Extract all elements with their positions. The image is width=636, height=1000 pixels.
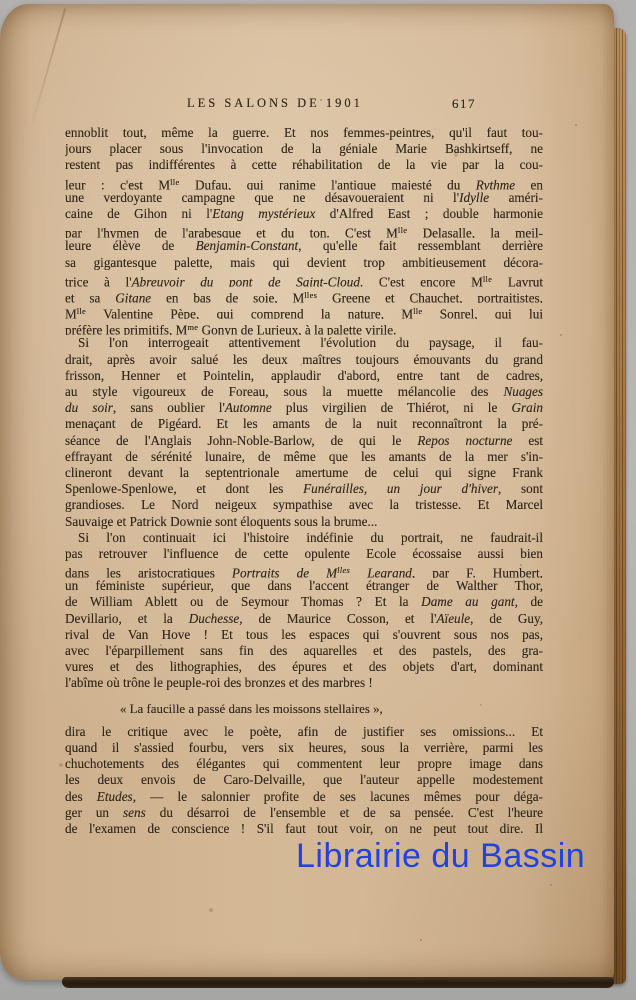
text-segment: Valentine Pèpe, qui comprend la nature, … — [86, 307, 413, 320]
text-line: ger un sens du désarroi de l'ensemble et… — [65, 805, 543, 821]
running-header: LES SALONS DE 1901 617 — [65, 96, 543, 112]
text-segment: clineront devant la septentrionale amert… — [65, 465, 543, 480]
text-line: préfère les primitifs, Mme Gonyn de Luri… — [65, 319, 543, 335]
bottom-page-stack-edge — [62, 977, 614, 988]
text-segment: améri- — [489, 190, 543, 205]
text-segment: Dame au gant, — [421, 594, 518, 609]
text-segment: Si l'on continuait ici l'histoire indéfi… — [78, 530, 543, 545]
page-crease — [28, 8, 66, 135]
text-segment: et sa — [65, 290, 115, 303]
text-segment: vures et des lithographies, des épures e… — [65, 659, 543, 674]
text-line: leur : c'est Mlle Dufau, qui ranime l'an… — [65, 174, 543, 190]
text-segment: une verdoyante campagne que ne désavouer… — [65, 190, 459, 205]
text-segment: Sonrel, qui lui — [422, 307, 543, 320]
text-line: dans les aristocratiques Portraits de Ml… — [65, 562, 543, 578]
text-segment: du désarroi de l'ensemble et de sa pensé… — [146, 805, 543, 820]
text-segment: , sans oublier l' — [113, 400, 225, 415]
text-line: Spenlowe-Spenlowe, et dont les Funéraill… — [65, 481, 543, 497]
text-segment: des — [65, 789, 97, 804]
page-text-block: LES SALONS DE 1901 617 ennoblit tout, mê… — [65, 96, 543, 837]
text-line: sa gigantesque palette, mais qui devient… — [65, 255, 543, 271]
text-line: frisson, Henner et Pointelin, applaudir … — [65, 368, 543, 384]
text-segment: caine de Gihon ni l' — [65, 206, 212, 221]
text-segment: trice à l' — [65, 274, 132, 287]
text-segment: Idylle — [459, 190, 489, 205]
bookseller-watermark: Librairie du Bassin — [296, 837, 585, 876]
text-segment: d'Alfred East ; double harmonie — [315, 206, 543, 221]
text-segment: pas retrouver l'influence de cette opule… — [65, 546, 543, 561]
text-line: et sa Gitane en bas de soie, Mlles Green… — [65, 287, 543, 303]
text-segment: dans les aristocratiques — [65, 566, 232, 579]
verse-quote: « La faucille a passé dans les moissons … — [65, 701, 543, 717]
text-segment: Lavrut — [492, 274, 543, 287]
text-segment: dira le critique avec le poète, afin de … — [65, 724, 543, 739]
text-segment: au style vigoureux de Foreau, sous la mu… — [65, 384, 503, 399]
header-title: LES SALONS DE 1901 — [187, 96, 363, 111]
text-line: vures et des lithographies, des épures e… — [65, 659, 543, 675]
text-segment: plus virgilien de Thiérot, ni le — [272, 400, 512, 415]
text-line: menaçant de Pigéard. Et les amants de la… — [65, 416, 543, 432]
text-segment: ger un — [65, 805, 123, 820]
text-line: rival de Van Hove ! Et tous les espaces … — [65, 627, 543, 643]
text-segment: frisson, Henner et Pointelin, applaudir … — [65, 368, 543, 383]
text-segment: en — [515, 177, 543, 190]
text-segment: lles — [337, 565, 350, 575]
text-line: effrayant de sérénité lunaire, de même q… — [65, 449, 543, 465]
text-segment: du soir — [65, 400, 113, 415]
text-line: Si l'on continuait ici l'histoire indéfi… — [65, 530, 543, 546]
page-number: 617 — [452, 96, 476, 112]
text-line: du soir, sans oublier l'Automne plus vir… — [65, 400, 543, 416]
text-segment: leure élève de — [65, 238, 196, 253]
text-segment: lle — [483, 274, 492, 284]
text-line: par l'hymen de l'arabesque et du ton. C'… — [65, 222, 543, 238]
text-segment: menaçant de Pigéard. Et les amants de la… — [65, 416, 543, 431]
text-line: chuchotements des élégantes qui commente… — [65, 756, 543, 772]
text-segment: Gonyn de Lurieux, à la palette virile. — [198, 323, 396, 336]
text-segment: Devillario, et la — [65, 611, 189, 626]
paragraph: Si l'on interrogeait attentivement l'évo… — [65, 335, 543, 529]
text-segment: en bas de soie, M — [151, 290, 304, 303]
text-segment: Benjamin-Constant — [196, 238, 299, 253]
text-segment: . C'est encore M — [360, 274, 483, 287]
text-segment: Legrand — [350, 566, 412, 579]
text-segment: , de Guy, — [470, 611, 543, 626]
text-segment: Gitane — [115, 290, 151, 303]
text-segment: par l'hymen de l'arabesque et du ton. C'… — [65, 226, 398, 239]
text-line: clineront devant la septentrionale amert… — [65, 465, 543, 481]
text-segment: Abreuvoir du pont de Saint-Cloud — [132, 274, 360, 287]
text-segment: sa gigantesque palette, mais qui devient… — [65, 255, 543, 270]
text-line: pas retrouver l'influence de cette opule… — [65, 546, 543, 562]
text-segment: préfère les primitifs, M — [65, 323, 187, 336]
text-segment: M — [65, 307, 77, 320]
text-segment: Nuages — [503, 384, 543, 399]
text-line: grandioses. Le Nord neigeux sympathise a… — [65, 497, 543, 513]
text-segment: lles — [304, 290, 317, 300]
text-segment: Si l'on interrogeait attentivement l'évo… — [78, 335, 543, 350]
book-photo: LES SALONS DE 1901 617 ennoblit tout, mê… — [0, 0, 636, 1000]
text-line: ennoblit tout, même la guerre. Et nos fe… — [65, 125, 543, 141]
text-line: caine de Gihon ni l'Etang mystérieux d'A… — [65, 206, 543, 222]
text-line: quand il s'assied fourbu, vers six heure… — [65, 740, 543, 756]
text-segment: de l'examen de conscience ! S'il faut to… — [65, 821, 543, 836]
page-body: ennoblit tout, même la guerre. Et nos fe… — [65, 125, 543, 837]
text-line: de l'examen de conscience ! S'il faut to… — [65, 821, 543, 837]
text-line: les deux envois de Caro-Delvaille, que l… — [65, 772, 543, 788]
text-segment: est — [512, 433, 543, 448]
text-segment: leur : c'est M — [65, 177, 170, 190]
text-segment: les deux envois de Caro-Delvaille, que l… — [65, 772, 543, 787]
text-segment: Automne — [225, 400, 272, 415]
text-segment: Dufau, qui ranime l'antique majesté du — [180, 177, 476, 190]
text-segment: jours placer sous l'invocation de la gén… — [65, 141, 543, 156]
text-segment: Etudes — [97, 789, 133, 804]
text-line: une verdoyante campagne que ne désavouer… — [65, 190, 543, 206]
text-line: avec l'éparpillement sans fin des aquare… — [65, 643, 543, 659]
text-line: de William Ablett ou de Seymour Thomas ?… — [65, 594, 543, 610]
text-line: Mlle Valentine Pèpe, qui comprend la nat… — [65, 303, 543, 319]
text-segment: séance de l'Anglais John-Noble-Barlow, d… — [65, 433, 417, 448]
text-line: au style vigoureux de Foreau, sous la mu… — [65, 384, 543, 400]
text-segment: lle — [398, 225, 407, 235]
text-segment: lle — [77, 306, 86, 316]
text-segment: Funérailles, un jour d'hiver — [303, 481, 498, 496]
text-segment: Portraits de M — [232, 566, 337, 579]
text-segment: de William Ablett ou de Seymour Thomas ?… — [65, 594, 421, 609]
text-line: drait, après avoir salué les deux maître… — [65, 352, 543, 368]
text-line: dira le critique avec le poète, afin de … — [65, 724, 543, 740]
text-segment: Aïeule — [436, 611, 470, 626]
text-segment: Etang mystérieux — [212, 206, 315, 221]
text-segment: rival de Van Hove ! Et tous les espaces … — [65, 627, 543, 642]
text-segment: , sont — [498, 481, 543, 496]
text-segment: Duchesse — [189, 611, 240, 626]
text-line: un féministe supérieur, que dans l'accen… — [65, 578, 543, 594]
text-line: Sauvaige et Patrick Downie sont éloquent… — [65, 514, 543, 530]
text-line: jours placer sous l'invocation de la gén… — [65, 141, 543, 157]
text-segment: , de Maurice Cosson, et l' — [239, 611, 436, 626]
text-segment: avec l'éparpillement sans fin des aquare… — [65, 643, 543, 658]
book-page: LES SALONS DE 1901 617 ennoblit tout, mê… — [0, 4, 614, 980]
text-segment: restent pas indifférentes à cette réhabi… — [65, 157, 543, 172]
paper-speckles — [0, 4, 2, 6]
text-segment: Grain — [511, 400, 543, 415]
text-segment: ennoblit tout, même la guerre. Et nos fe… — [65, 125, 543, 140]
text-line: l'abîme où trône le peuple-roi des bronz… — [65, 675, 543, 691]
text-segment: Repos nocturne — [417, 433, 512, 448]
text-segment: l'abîme où trône le peuple-roi des bronz… — [65, 675, 373, 690]
text-segment: quand il s'assied fourbu, vers six heure… — [65, 740, 543, 755]
text-segment: , — le salonnier profite de ses lacunes … — [133, 789, 543, 804]
text-segment: Rythme — [476, 177, 515, 190]
paragraph: dira le critique avec le poète, afin de … — [65, 724, 543, 837]
text-segment: , qu'elle fait ressemblant derrière — [298, 238, 543, 253]
text-segment: chuchotements des élégantes qui commente… — [65, 756, 543, 771]
text-line: trice à l'Abreuvoir du pont de Saint-Clo… — [65, 271, 543, 287]
text-segment: Spenlowe-Spenlowe, et dont les — [65, 481, 303, 496]
text-segment: grandioses. Le Nord neigeux sympathise a… — [65, 497, 543, 512]
text-segment: drait, après avoir salué les deux maître… — [65, 352, 543, 367]
text-line: Si l'on interrogeait attentivement l'évo… — [65, 335, 543, 351]
text-segment: , par F. Humbert, — [412, 566, 543, 579]
text-line: leure élève de Benjamin-Constant, qu'ell… — [65, 238, 543, 254]
text-segment: Sauvaige et Patrick Downie sont éloquent… — [65, 514, 377, 529]
text-segment: sens — [123, 805, 146, 820]
text-segment: Greene et Chauchet, portraitistes, — [317, 290, 543, 303]
text-segment: lle — [170, 177, 179, 187]
text-segment: de — [518, 594, 543, 609]
text-segment: effrayant de sérénité lunaire, de même q… — [65, 449, 543, 464]
text-line: Devillario, et la Duchesse, de Maurice C… — [65, 611, 543, 627]
text-segment: un féministe supérieur, que dans l'accen… — [65, 578, 543, 593]
text-line: des Etudes, — le salonnier profite de se… — [65, 789, 543, 805]
text-segment: me — [187, 322, 198, 332]
text-segment: Delasalle, la meil- — [407, 226, 543, 239]
text-line: restent pas indifférentes à cette réhabi… — [65, 157, 543, 173]
text-line: séance de l'Anglais John-Noble-Barlow, d… — [65, 433, 543, 449]
paragraph: Si l'on continuait ici l'histoire indéfi… — [65, 530, 543, 692]
paragraph: ennoblit tout, même la guerre. Et nos fe… — [65, 125, 543, 335]
